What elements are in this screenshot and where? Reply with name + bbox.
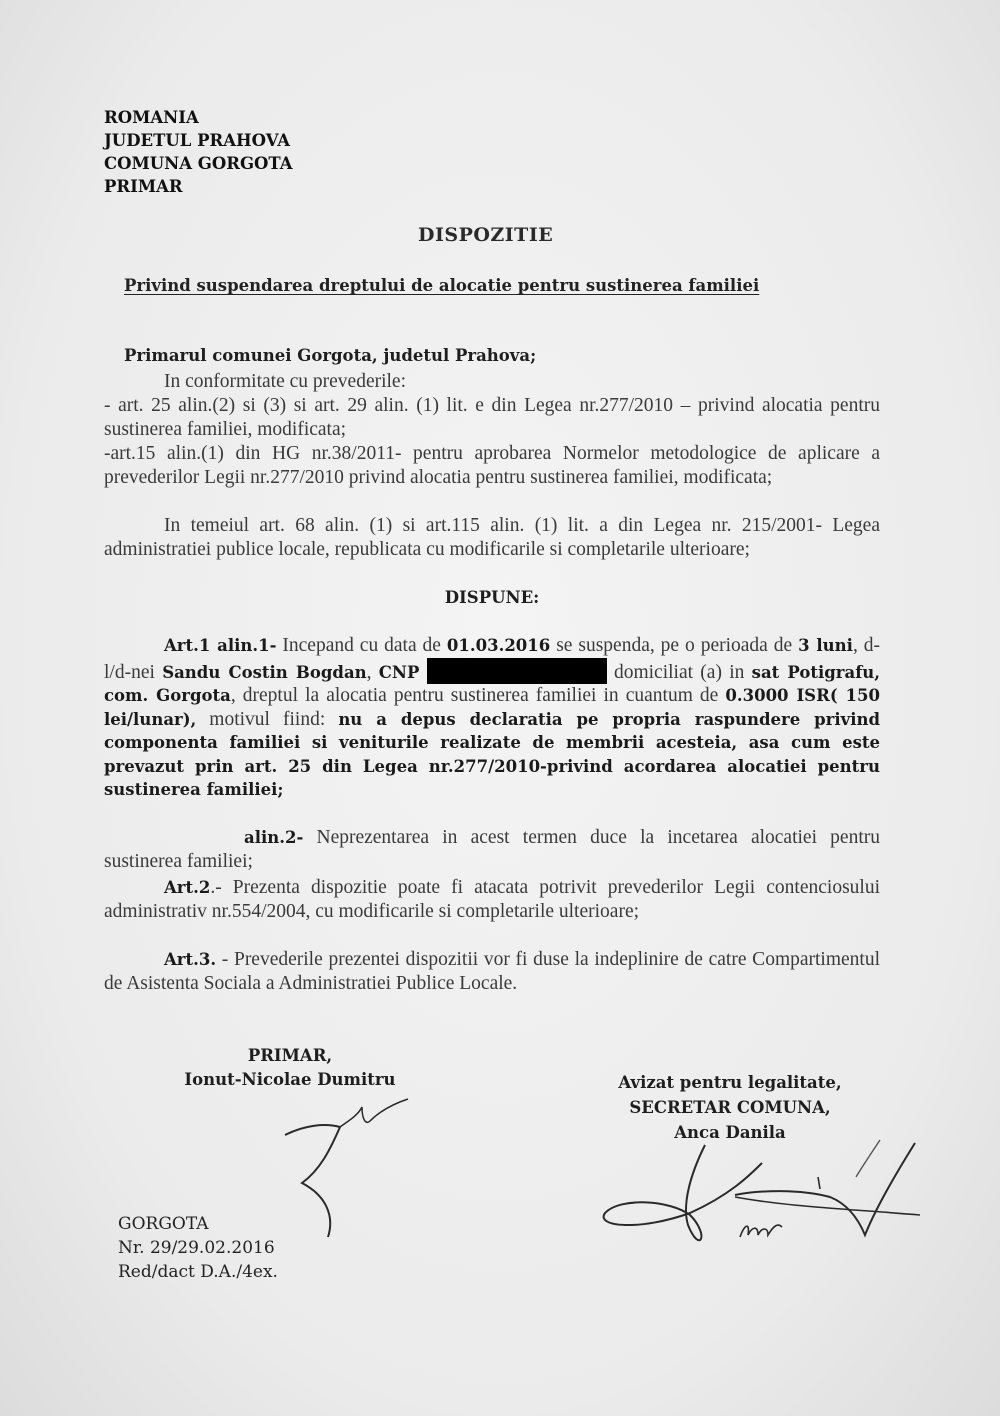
article-2: Art.2.- Prezenta dispozitie poate fi ata… bbox=[104, 876, 880, 923]
header-office: PRIMAR bbox=[104, 175, 293, 198]
secretary-signature-block: Avizat pentru legalitate, SECRETAR COMUN… bbox=[580, 1070, 880, 1145]
footer-place: GORGOTA bbox=[118, 1212, 278, 1236]
secretary-signature-icon bbox=[590, 1135, 920, 1255]
legal-basis: In temeiul art. 68 alin. (1) si art.115 … bbox=[104, 514, 880, 561]
beneficiary-name: Sandu Costin Bogdan bbox=[162, 663, 366, 682]
document-subtitle: Privind suspendarea dreptului de alocati… bbox=[124, 276, 858, 295]
art3-label: Art.3. bbox=[164, 950, 216, 969]
header-country: ROMANIA bbox=[104, 106, 293, 129]
document-title: DISPOZITIE bbox=[418, 224, 553, 246]
document-page: ROMANIA JUDETUL PRAHOVA COMUNA GORGOTA P… bbox=[0, 0, 1000, 1416]
legal-reference-1: - art. 25 alin.(2) si (3) si art. 29 ali… bbox=[104, 394, 880, 441]
article-1-alin-2: alin.2- Neprezentarea in acest termen du… bbox=[104, 826, 880, 873]
redaction-info: Red/dact D.A./4ex. bbox=[118, 1260, 278, 1284]
mayor-signature-icon bbox=[270, 1095, 430, 1245]
header-commune: COMUNA GORGOTA bbox=[104, 152, 293, 175]
legal-reference-2: -art.15 alin.(1) din HG nr.38/2011- pent… bbox=[104, 442, 880, 489]
mayor-name: Ionut-Nicolae Dumitru bbox=[150, 1068, 430, 1092]
alin2-label: alin.2- bbox=[244, 828, 303, 847]
cnp-label: CNP bbox=[379, 663, 420, 682]
footer-block: GORGOTA Nr. 29/29.02.2016 Red/dact D.A./… bbox=[118, 1212, 278, 1284]
document-number: Nr. 29/29.02.2016 bbox=[118, 1236, 278, 1260]
redacted-cnp bbox=[427, 658, 607, 684]
suspension-period: 3 luni bbox=[798, 636, 853, 655]
dispune-heading: DISPUNE: bbox=[104, 588, 880, 607]
art1-label: Art.1 alin.1- bbox=[164, 636, 276, 655]
header-block: ROMANIA JUDETUL PRAHOVA COMUNA GORGOTA P… bbox=[104, 106, 293, 198]
header-county: JUDETUL PRAHOVA bbox=[104, 129, 293, 152]
issuer-line: Primarul comunei Gorgota, judetul Prahov… bbox=[124, 346, 536, 365]
start-date: 01.03.2016 bbox=[447, 636, 550, 655]
mayor-title: PRIMAR, bbox=[150, 1044, 430, 1068]
art2-label: Art.2 bbox=[164, 878, 210, 897]
article-1: Art.1 alin.1- Incepand cu data de 01.03.… bbox=[104, 634, 880, 802]
article-3: Art.3. - Prevederile prezentei dispoziti… bbox=[104, 948, 880, 995]
legal-approval-label: Avizat pentru legalitate, bbox=[580, 1070, 880, 1095]
mayor-signature-block: PRIMAR, Ionut-Nicolae Dumitru bbox=[150, 1044, 430, 1092]
preamble-intro: In conformitate cu prevederile: bbox=[104, 370, 880, 394]
secretary-title: SECRETAR COMUNA, bbox=[580, 1095, 880, 1120]
